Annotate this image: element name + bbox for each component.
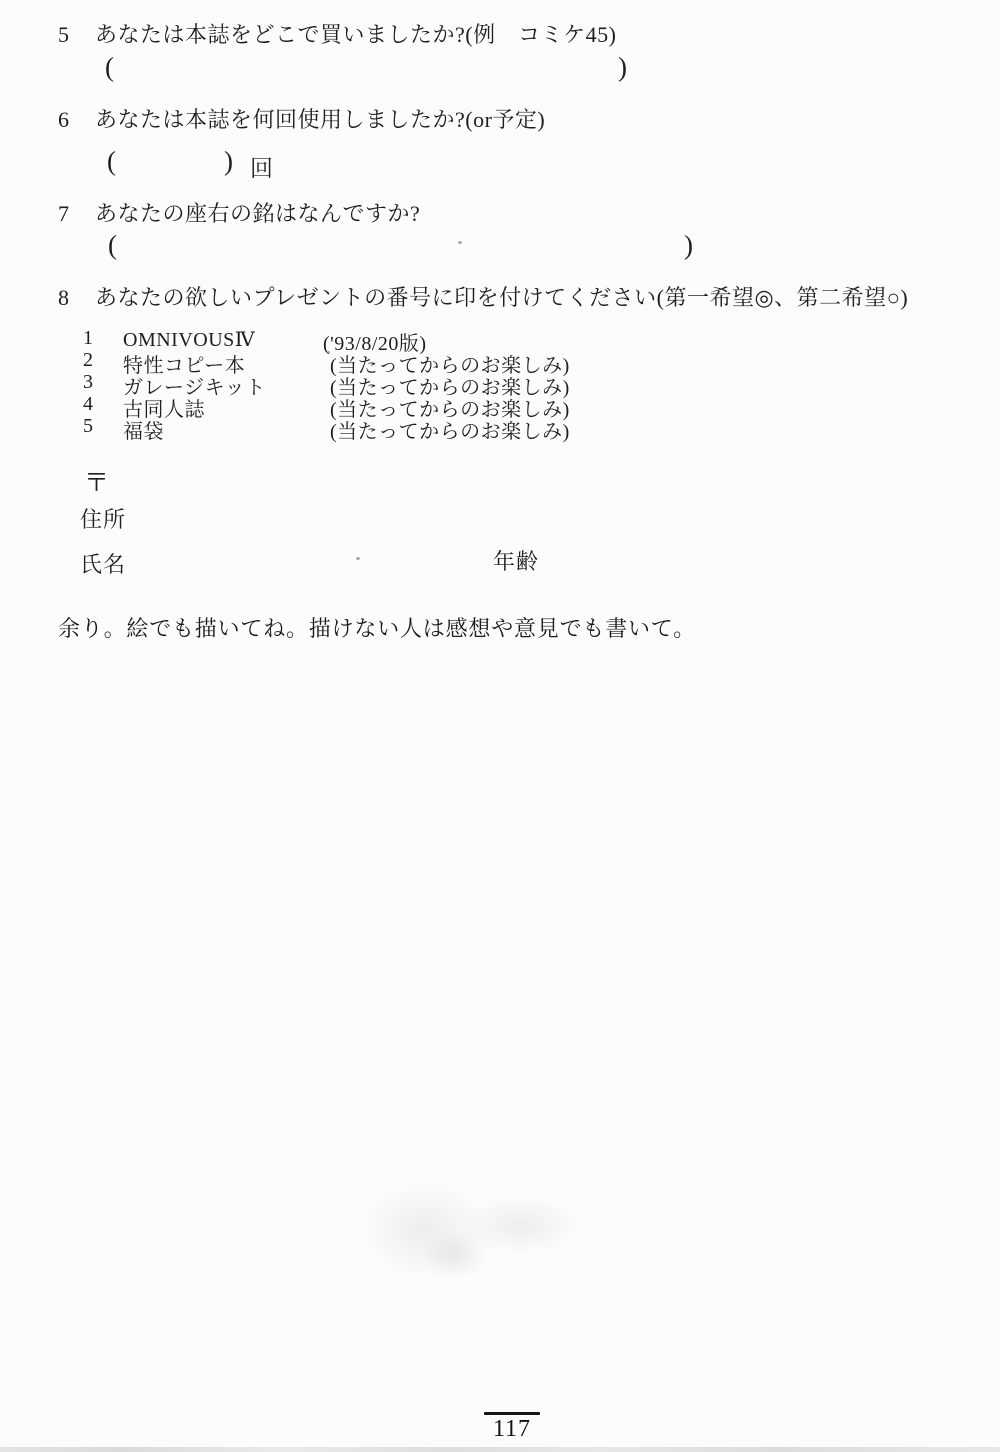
scan-speck bbox=[356, 557, 360, 560]
question-7-answer-open-paren: ( bbox=[108, 230, 117, 261]
prize-5-name: 福袋 bbox=[123, 415, 164, 444]
scan-bottom-edge bbox=[0, 1447, 1000, 1452]
question-8-number: 8 bbox=[58, 285, 95, 311]
page-number-block: 117 bbox=[482, 1412, 542, 1442]
prize-5-note: (当たってからのお楽しみ) bbox=[330, 415, 570, 444]
question-6-answer-open-paren: ( bbox=[107, 146, 116, 177]
page-number: 117 bbox=[482, 1416, 542, 1442]
prize-5-number: 5 bbox=[83, 415, 93, 438]
prize-3-number: 3 bbox=[83, 371, 93, 394]
page-number-rule bbox=[484, 1412, 540, 1415]
prize-2-number: 2 bbox=[83, 349, 93, 372]
question-7-answer-close-paren: ) bbox=[684, 230, 693, 261]
question-7-number: 7 bbox=[58, 201, 95, 227]
question-5-number: 5 bbox=[58, 22, 95, 48]
question-8-line: 8あなたの欲しいプレゼントの番号に印を付けてください(第一希望◎、第二希望○) bbox=[58, 281, 908, 312]
question-5-line: 5あなたは本誌をどこで買いましたか?(例 コミケ45) bbox=[58, 18, 616, 49]
address-label: 住所 bbox=[80, 503, 126, 534]
question-6-text: あなたは本誌を何回使用しましたか?(or予定) bbox=[95, 107, 545, 132]
margin-note: 余り。絵でも描いてね。描けない人は感想や意見でも書いて。 bbox=[58, 612, 696, 643]
question-6-answer-unit: 回 bbox=[250, 150, 273, 183]
prize-row: 3 ガレージキット (当たってからのお楽しみ) bbox=[0, 371, 1000, 393]
scan-speck bbox=[327, 351, 330, 354]
scan-speck bbox=[458, 241, 462, 244]
question-7-line: 7あなたの座右の銘はなんですか? bbox=[58, 197, 420, 228]
question-6-line: 6あなたは本誌を何回使用しましたか?(or予定) bbox=[58, 103, 545, 134]
postal-mark: 〒 bbox=[84, 463, 110, 499]
prize-1-number: 1 bbox=[83, 327, 93, 350]
question-5-answer-close-paren: ) bbox=[618, 52, 627, 83]
prize-4-number: 4 bbox=[83, 393, 93, 416]
prize-row: 2 特性コピー本 (当たってからのお楽しみ) bbox=[0, 349, 1000, 371]
age-label: 年齢 bbox=[493, 545, 539, 576]
scan-smudge bbox=[420, 1230, 490, 1280]
prize-row: 5 福袋 (当たってからのお楽しみ) bbox=[0, 415, 1000, 437]
question-6-answer-close-paren: ) bbox=[224, 146, 233, 177]
name-label: 氏名 bbox=[80, 548, 126, 579]
prize-row: 4 古同人誌 (当たってからのお楽しみ) bbox=[0, 393, 1000, 415]
question-6-number: 6 bbox=[58, 107, 95, 133]
question-8-text: あなたの欲しいプレゼントの番号に印を付けてください(第一希望◎、第二希望○) bbox=[95, 285, 908, 310]
question-7-text: あなたの座右の銘はなんですか? bbox=[95, 201, 420, 226]
question-5-answer-open-paren: ( bbox=[105, 52, 114, 83]
prize-row: 1 OMNIVOUSⅣ ('93/8/20版) bbox=[0, 327, 1000, 349]
scanned-questionnaire-page: 5あなたは本誌をどこで買いましたか?(例 コミケ45) ( ) 6あなたは本誌を… bbox=[0, 0, 1000, 1452]
question-5-text: あなたは本誌をどこで買いましたか?(例 コミケ45) bbox=[95, 22, 616, 47]
